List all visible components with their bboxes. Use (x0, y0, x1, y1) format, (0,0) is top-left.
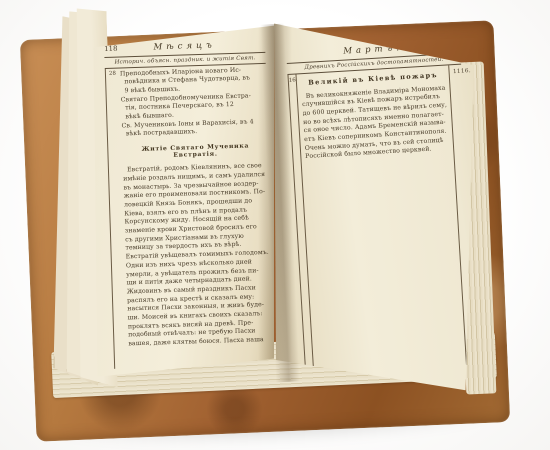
head-spacer (286, 56, 306, 57)
kiev-fire-text: Въ великокняженіе Владиміра Мономахаслуч… (301, 84, 449, 162)
left-text-column: Преподобныхъ Иларіона новаго Ис- повѣдни… (119, 63, 275, 367)
right-text-column: Великій въ Кіевѣ пожаръ Въ великокняжені… (296, 65, 466, 374)
left-page: 118 Мѣсяцъ Историч. объясн. праздник. и … (90, 22, 274, 384)
left-text-frame: 28 Преподобныхъ Иларіона новаго Ис- повѣ… (105, 63, 275, 368)
head-spacer (245, 46, 265, 47)
right-page-content: Мартъ. 119 Древнихъ Россійскихъ достопам… (286, 40, 479, 374)
saints-entries: Преподобныхъ Иларіона новаго Ис- повѣдни… (120, 65, 268, 139)
photo-background: 118 Мѣсяцъ Историч. объясн. праздник. и … (0, 0, 550, 450)
right-page: Мартъ. 119 Древнихъ Россійскихъ достопам… (274, 16, 480, 394)
left-page-content: 118 Мѣсяцъ Историч. объясн. праздник. и … (104, 39, 275, 368)
life-of-evstratiy-text: Евстратій, родомъ Кіевлянинъ, все своеим… (123, 162, 275, 349)
open-book: 118 Мѣсяцъ Историч. объясн. праздник. и … (28, 8, 522, 448)
left-section-heading: Житіе Святаго Мученика Евстратія. (122, 142, 268, 161)
right-text-frame: 16 Великій въ Кіевѣ пожаръ Въ великокняж… (287, 64, 478, 374)
right-section-heading: Великій въ Кіевѣ пожаръ (301, 70, 446, 87)
left-running-head: Мѣсяцъ (124, 40, 245, 54)
